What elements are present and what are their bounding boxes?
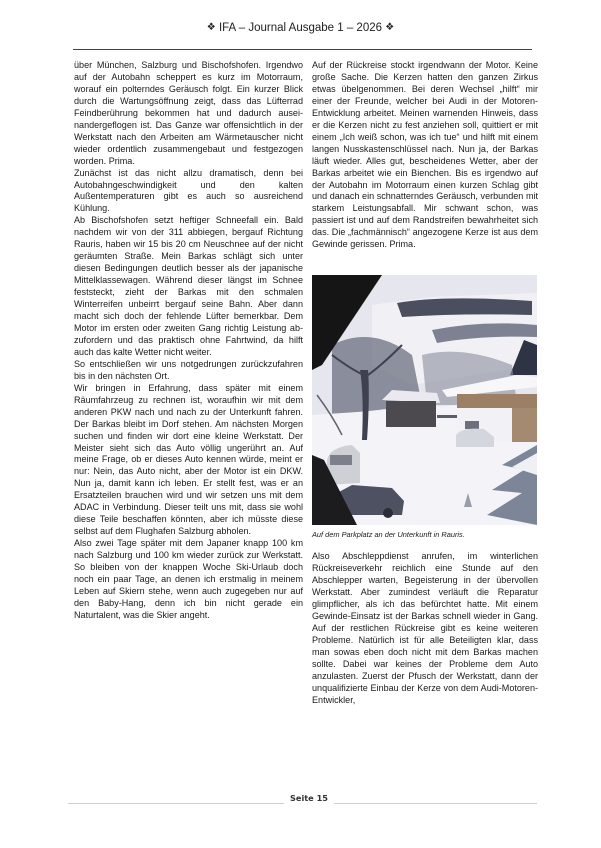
paragraph: Also zwei Tage später mit dem Japaner kn…	[74, 538, 303, 622]
header-divider	[73, 49, 532, 50]
page-footer: Seite 15	[68, 790, 533, 810]
page-number: Seite 15	[290, 793, 328, 803]
running-header: ❖ IFA – Journal Ausgabe 1 – 2026 ❖	[0, 22, 601, 34]
right-column: Auf der Rückreise stockt irgendwann der …	[312, 60, 538, 707]
journal-title: IFA – Journal Ausgabe 1 – 2026	[219, 22, 382, 34]
paragraph: Auf der Rückreise stockt irgendwann der …	[312, 60, 538, 251]
ornament-right-icon: ❖	[385, 22, 394, 33]
paragraph: Wir bringen in Erfahrung, dass später mi…	[74, 383, 303, 538]
footer-rule-right	[334, 803, 537, 804]
footer-rule-left	[68, 803, 284, 804]
photo-parking-lot-rauris	[312, 275, 537, 525]
paragraph: Ab Bischofshofen setzt heftiger Schneefa…	[74, 215, 303, 358]
paragraph: über München, Salzburg und Bischofshofen…	[74, 60, 303, 168]
left-column: über München, Salzburg und Bischofshofen…	[74, 60, 303, 622]
paragraph: Zunächst ist das nicht allzu dramatisch,…	[74, 168, 303, 216]
paragraph: Also Abschleppdienst anrufen, im winterl…	[312, 551, 538, 706]
photo-caption: Auf dem Parkplatz an der Unterkunft in R…	[312, 530, 538, 540]
paragraph: So entschließen wir uns notgedrungen zu­…	[74, 359, 303, 383]
winter-scene-image	[312, 275, 537, 525]
ornament-left-icon: ❖	[207, 22, 216, 33]
